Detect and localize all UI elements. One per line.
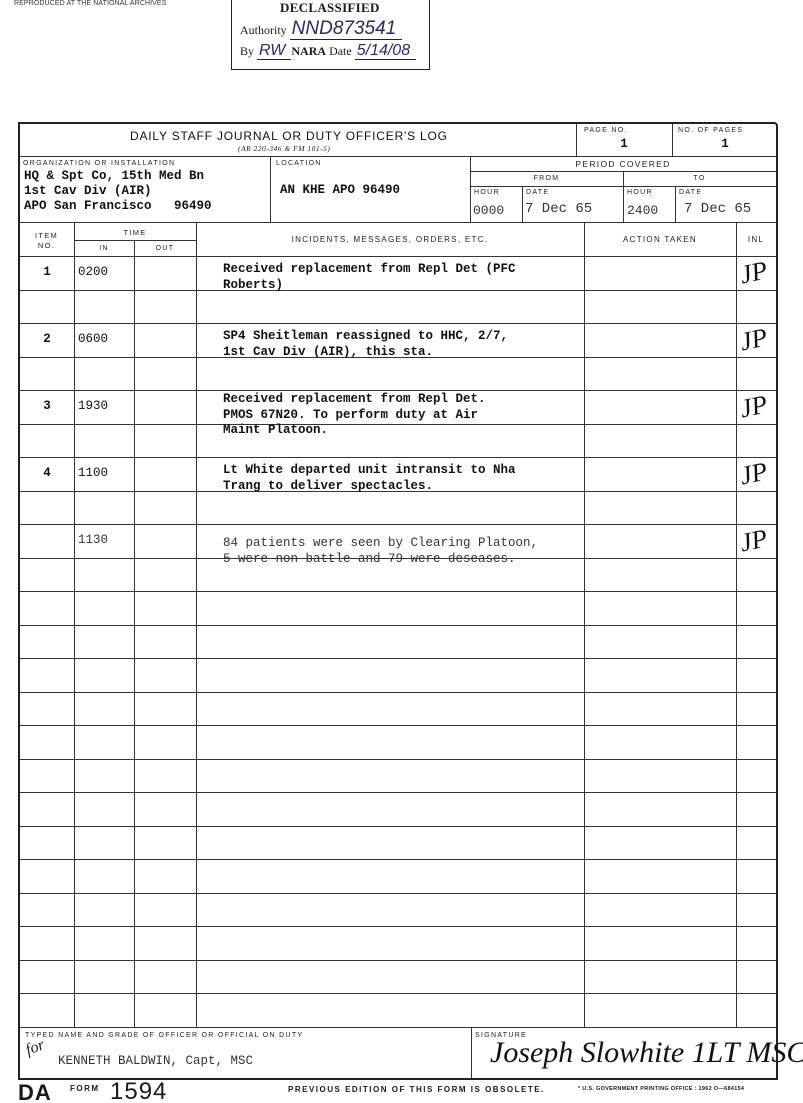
incident-line: Received replacement from Repl Det.	[223, 392, 486, 407]
time-in: 0600	[78, 332, 108, 347]
location-label: LOCATION	[276, 160, 322, 167]
form-prefix: DA	[18, 1080, 52, 1103]
period-covered-label: PERIOD COVERED	[470, 159, 776, 169]
incident-line: Roberts)	[223, 278, 283, 293]
page-no-label: PAGE NO.	[584, 127, 628, 134]
inl-header: INL	[736, 235, 776, 244]
organization-line-2: 1st Cav Div (AIR)	[24, 184, 152, 199]
time-in: 0200	[78, 265, 108, 280]
item-no-header-1: ITEM	[20, 231, 73, 240]
form-label: FORM	[70, 1084, 100, 1093]
organization-line-3: APO San Francisco 96490	[24, 199, 212, 214]
officer-name: KENNETH BALDWIN, Capt, MSC	[58, 1054, 253, 1069]
agency: NARA	[291, 44, 326, 58]
stamp-by: By RWNARA Date 5/14/08	[240, 42, 416, 60]
incident-line: Trang to deliver spectacles.	[223, 479, 433, 494]
by-label: By	[240, 44, 254, 58]
from-date-value: 7 Dec 65	[525, 202, 592, 217]
incident-line: SP4 Sheitleman reassigned to HHC, 2/7,	[223, 329, 508, 344]
incident-line: PMOS 67N20. To perform duty at Air	[223, 408, 478, 423]
organization-line-1: HQ & Spt Co, 15th Med Bn	[24, 169, 204, 184]
to-hour-label: HOUR	[627, 189, 653, 196]
time-in-header: IN	[74, 245, 134, 252]
to-hour-value: 2400	[627, 203, 658, 218]
page-no-value: 1	[576, 137, 672, 152]
by-value: RW	[257, 42, 291, 60]
to-label: TO	[623, 175, 776, 182]
item-no: 4	[20, 466, 74, 481]
incident-line: 1st Cav Div (AIR), this sta.	[223, 345, 433, 360]
incident-line: 84 patients were seen by Clearing Platoo…	[223, 536, 538, 551]
initials-mark: JP	[737, 456, 770, 491]
for-note: for	[23, 1036, 47, 1059]
initials-mark: JP	[737, 255, 770, 290]
time-out-header: OUT	[134, 245, 196, 252]
organization-label: ORGANIZATION OR INSTALLATION	[23, 160, 175, 167]
authority-label: Authority	[240, 23, 287, 37]
time-in: 1130	[78, 533, 108, 548]
form-title: DAILY STAFF JOURNAL OR DUTY OFFICER'S LO…	[130, 129, 448, 143]
item-no: 2	[20, 332, 74, 347]
time-header: TIME	[74, 228, 196, 237]
incident-line: 5 were non-battle and 79 were deseases.	[223, 552, 516, 567]
date-value: 5/14/08	[355, 42, 416, 60]
from-date-label: DATE	[526, 189, 549, 196]
initials-mark: JP	[737, 523, 770, 558]
incident-line: Received replacement from Repl Det (PFC	[223, 262, 516, 277]
from-label: FROM	[470, 175, 623, 182]
action-taken-header: ACTION TAKEN	[584, 235, 736, 244]
incident-line: Lt White departed unit intransit to Nha	[223, 463, 516, 478]
item-no: 1	[20, 265, 74, 280]
incident-line: Maint Platoon.	[223, 423, 328, 438]
declassified-stamp: DECLASSIFIED Authority NND873541 By RWNA…	[231, 0, 430, 70]
location-value: AN KHE APO 96490	[280, 183, 400, 198]
form-subtitle: (AR 220-346 & FM 101-5)	[238, 144, 330, 153]
from-hour-label: HOUR	[474, 189, 500, 196]
to-date-label: DATE	[679, 189, 702, 196]
stamp-title: DECLASSIFIED	[280, 0, 380, 16]
stamp-authority: Authority NND873541	[240, 18, 402, 40]
no-of-pages-label: NO. OF PAGES	[678, 127, 743, 134]
time-in: 1100	[78, 466, 108, 481]
form-number: 1594	[110, 1078, 167, 1103]
authority-value: NND873541	[290, 18, 403, 40]
duty-log-form: DAILY STAFF JOURNAL OR DUTY OFFICER'S LO…	[18, 122, 778, 1080]
date-label: Date	[329, 44, 352, 58]
to-date-value: 7 Dec 65	[684, 202, 751, 217]
initials-mark: JP	[737, 389, 770, 424]
initials-mark: JP	[737, 322, 770, 357]
officer-name-label: TYPED NAME AND GRADE OF OFFICER OR OFFIC…	[25, 1032, 303, 1039]
archive-note: REPRODUCED AT THE NATIONAL ARCHIVES	[14, 0, 166, 7]
item-no-header-2: NO.	[20, 241, 73, 250]
time-in: 1930	[78, 399, 108, 414]
printing-office-note: * U.S. GOVERNMENT PRINTING OFFICE : 1962…	[578, 1086, 744, 1092]
previous-edition-note: PREVIOUS EDITION OF THIS FORM IS OBSOLET…	[288, 1085, 545, 1094]
no-of-pages-value: 1	[672, 137, 778, 152]
from-hour-value: 0000	[473, 203, 504, 218]
item-no: 3	[20, 399, 74, 414]
incidents-header: INCIDENTS, MESSAGES, ORDERS, ETC.	[196, 235, 584, 244]
officer-signature: Joseph Slowhite 1LT MSC	[490, 1036, 803, 1070]
